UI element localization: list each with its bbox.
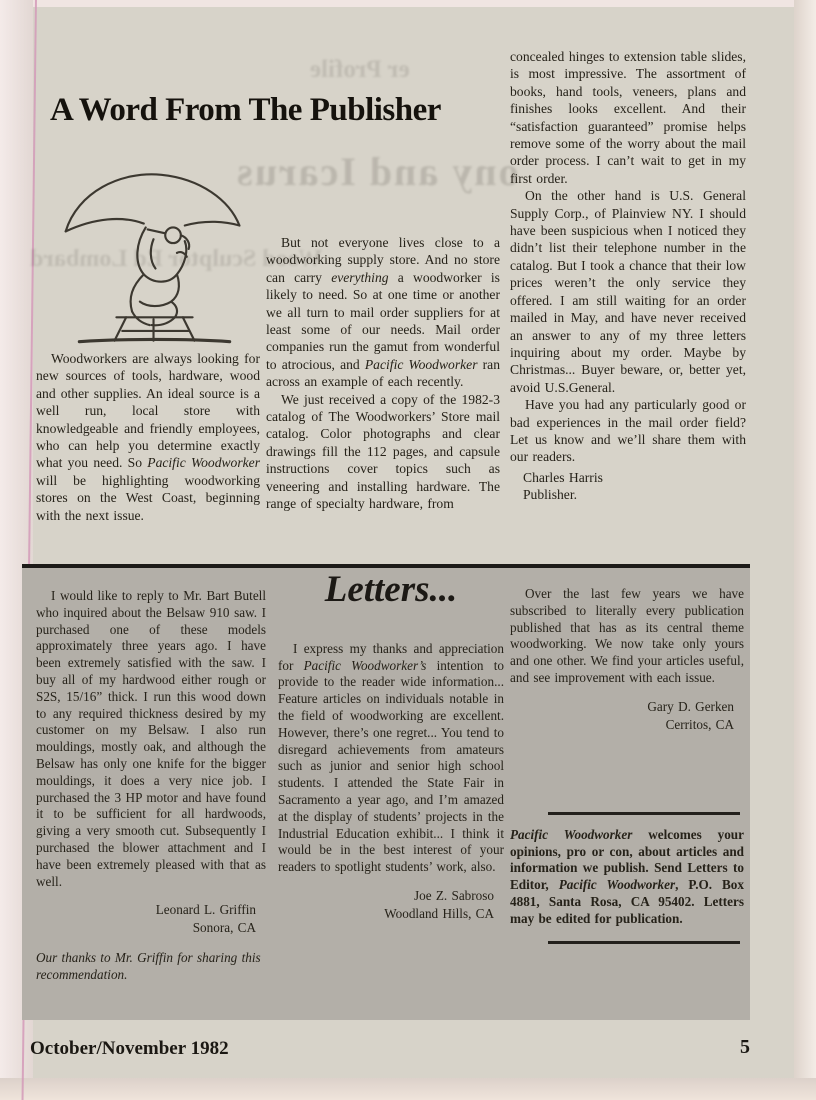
signature-location: Sonora, CA: [36, 919, 256, 937]
publisher-column-3: concealed hinges to extension table slid…: [510, 48, 746, 504]
bleedthrough-text: ony and Icarus: [235, 148, 519, 195]
scan-edge-bottom: [0, 1078, 816, 1100]
paragraph: We just received a copy of the 1982-3 ca…: [266, 391, 500, 513]
publisher-column-2: But not everyone lives close to a woodwo…: [266, 234, 500, 513]
publisher-byline: Charles Harris Publisher.: [510, 469, 746, 504]
submission-note-text: Pacific Woodworker welcomes your opinion…: [510, 827, 744, 928]
letter-body: I express my thanks and appreciation for…: [278, 641, 504, 876]
signature-location: Cerritos, CA: [510, 716, 734, 734]
footer-issue-date: October/November 1982: [30, 1038, 229, 1060]
paragraph: But not everyone lives close to a woodwo…: [266, 234, 500, 391]
letters-column-1: I would like to reply to Mr. Bart Butell…: [36, 588, 266, 984]
signature-name: Joe Z. Sabroso: [278, 887, 494, 905]
footer-page-number: 5: [740, 1036, 750, 1059]
divider-rule: [548, 941, 740, 944]
letters-section: I would like to reply to Mr. Bart Butell…: [22, 564, 750, 1020]
letter-signature: Gary D. Gerken Cerritos, CA: [510, 698, 744, 734]
signature-name: Gary D. Gerken: [510, 698, 734, 716]
scan-edge-top: [0, 0, 816, 7]
letter-signature: Leonard L. Griffin Sonora, CA: [36, 901, 266, 937]
bleedthrough-text: er Profile: [310, 56, 410, 84]
letter-body: I would like to reply to Mr. Bart Butell…: [36, 588, 266, 890]
article-headline: A Word From The Publisher: [50, 92, 490, 129]
letters-submission-note: Pacific Woodworker welcomes your opinion…: [510, 812, 744, 944]
publisher-column-1: Woodworkers are always looking for new s…: [36, 350, 260, 524]
letters-column-2: Letters... I express my thanks and appre…: [278, 582, 504, 923]
byline-title: Publisher.: [523, 486, 746, 503]
letters-column-3: Over the last few years we have subscrib…: [510, 586, 744, 944]
paragraph: Woodworkers are always looking for new s…: [36, 350, 260, 524]
editor-reply-note: Our thanks to Mr. Griffin for sharing th…: [36, 950, 266, 984]
byline-name: Charles Harris: [523, 469, 746, 486]
divider-rule: [548, 812, 740, 815]
paragraph: On the other hand is U.S. General Supply…: [510, 187, 746, 396]
publisher-illustration: [52, 146, 257, 348]
signature-name: Leonard L. Griffin: [36, 901, 256, 919]
signature-location: Woodland Hills, CA: [278, 905, 494, 923]
scan-edge-right: [794, 0, 816, 1100]
paragraph: concealed hinges to extension table slid…: [510, 48, 746, 187]
scanned-magazine-page: er Profile ony and Icarus Wood Sculptor …: [0, 0, 816, 1100]
paragraph: Have you had any particularly good or ba…: [510, 396, 746, 466]
letter-body: Over the last few years we have subscrib…: [510, 586, 744, 687]
letter-signature: Joe Z. Sabroso Woodland Hills, CA: [278, 887, 504, 923]
cartoon-woodworker-icon: [52, 146, 257, 348]
letters-section-title: Letters...: [278, 582, 504, 599]
